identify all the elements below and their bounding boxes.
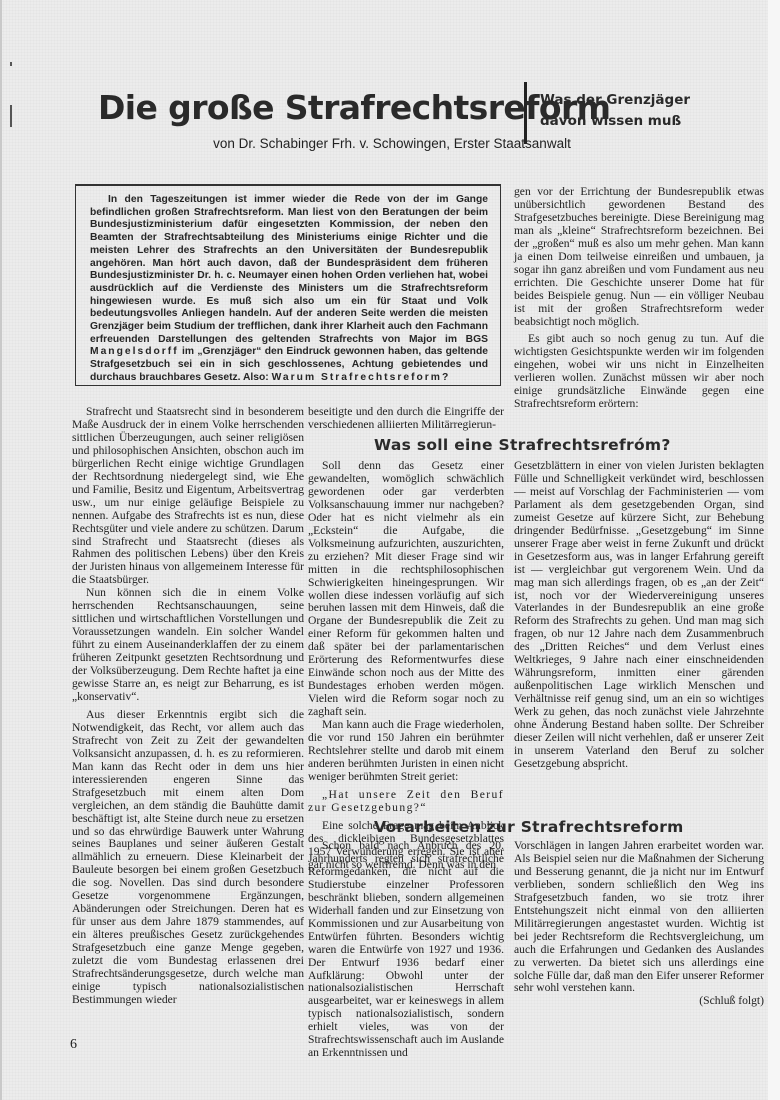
continued-note: (Schluß folgt) xyxy=(514,995,764,1008)
section1-column-a: Soll denn das Gesetz einer gewandelten, … xyxy=(308,460,504,872)
section2-column-a: Schon bald nach Anbruch des 20. Jahrhund… xyxy=(308,840,504,1060)
paragraph: Schon bald nach Anbruch des 20. Jahrhund… xyxy=(308,840,504,1060)
paragraph: Gesetzblättern in einer von vielen Juris… xyxy=(514,460,764,771)
section2-column-b: Vorschlägen in langen Jahren erarbeitet … xyxy=(514,840,764,1008)
subtitle-line-1: Was der Grenzjäger xyxy=(540,90,690,111)
abstract-question: Warum Strafrechtsreform? xyxy=(272,372,451,383)
section-heading-1: Was soll eine Strafrechtsrefróm? xyxy=(374,436,671,454)
section1-column-b: Gesetzblättern in einer von vielen Juris… xyxy=(514,460,764,771)
section-heading-2: Vorarbeiten zur Strafrechtsreform xyxy=(374,818,684,836)
paragraph: Man kann auch die Frage wiederholen, die… xyxy=(308,719,504,784)
paragraph: Vorschlägen in langen Jahren erarbeitet … xyxy=(514,840,764,995)
left-column: Strafrecht und Staatsrecht sind in beson… xyxy=(72,406,304,1007)
abstract-box: In den Tageszeitungen ist immer wieder d… xyxy=(75,184,501,386)
page-number: 6 xyxy=(70,1037,77,1053)
scan-mark xyxy=(10,62,12,66)
article-title: Die große Strafrechtsreform xyxy=(98,88,610,127)
magazine-page: Die große Strafrechtsreform Was der Gren… xyxy=(0,0,770,1100)
middle-top-column: beseitigte und den durch die Eingriffe d… xyxy=(308,406,504,432)
paragraph: beseitigte und den durch die Eingriffe d… xyxy=(308,406,504,432)
quotation: „Hat unsere Zeit den Beruf zur Gesetzgeb… xyxy=(308,789,504,815)
author-byline: von Dr. Schabinger Frh. v. Schowingen, E… xyxy=(2,136,780,151)
paragraph: gen vor der Errichtung der Bundesrepubli… xyxy=(514,186,764,328)
paragraph: Nun können sich die in einem Volke herrs… xyxy=(72,587,304,704)
paragraph: Es gibt auch so noch genug zu tun. Auf d… xyxy=(514,333,764,411)
author-reference: Mangelsdorff xyxy=(90,346,179,357)
title-divider xyxy=(524,82,527,144)
scan-mark xyxy=(10,105,12,127)
paragraph: Aus dieser Erkenntnis ergibt sich die No… xyxy=(72,709,304,1007)
subtitle-line-2: davon wissen muß xyxy=(540,111,690,132)
article-subtitle: Was der Grenzjäger davon wissen muß xyxy=(540,90,690,132)
paragraph: Strafrecht und Staatsrecht sind in beson… xyxy=(72,406,304,587)
abstract-text-part: In den Tageszeitungen ist immer wieder d… xyxy=(90,194,488,345)
abstract-text: In den Tageszeitungen ist immer wieder d… xyxy=(90,194,488,385)
paragraph: Soll denn das Gesetz einer gewandelten, … xyxy=(308,460,504,719)
right-top-column: gen vor der Errichtung der Bundesrepubli… xyxy=(514,186,764,411)
scan-margin xyxy=(768,0,780,1100)
